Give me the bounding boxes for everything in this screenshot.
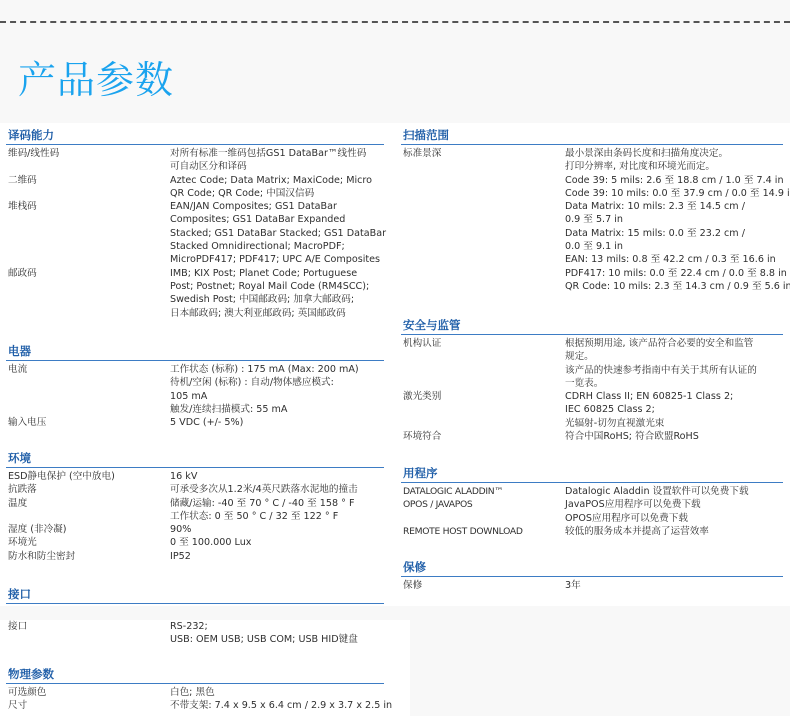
spec-value-line: 可承受多次从1.2米/4英尺跌落水泥地的撞击	[170, 483, 384, 496]
spec-value: 根据预期用途, 该产品符合必要的安全和监管规定。该产品的快速参考指南中有关于其所…	[565, 337, 783, 390]
spec-value-line: RS-232;	[170, 620, 384, 633]
section-warranty: 保修保修3年	[401, 560, 783, 592]
page-header: 产品参数	[0, 0, 790, 123]
spec-value: 0 至 100.000 Lux	[170, 536, 384, 549]
spec-value-line: 最小景深由条码长度和扫描角度决定。	[565, 147, 790, 160]
spec-value: Aztec Code; Data Matrix; MaxiCode; Micro…	[170, 174, 384, 201]
spec-value-line: 5 VDC (+/- 5%)	[170, 416, 384, 429]
spec-value-line: 0.9 至 5.7 in	[565, 213, 790, 226]
spec-value-line: 105 mA	[170, 390, 384, 403]
spec-row: REMOTE HOST DOWNLOAD较低的服务成本并提高了运营效率	[401, 525, 783, 538]
spec-value-line: 日本邮政码; 澳大利亚邮政码; 英国邮政码	[170, 307, 384, 320]
spec-value-line: IEC 60825 Class 2;	[565, 403, 783, 416]
spec-value-line: 该产品的快速参考指南中有关于其所有认证的	[565, 364, 783, 377]
spec-value-line: MicroPDF417; PDF417; UPC A/E Composites	[170, 253, 386, 266]
spec-value: 3年	[565, 579, 783, 592]
section-physical: 物理参数可选颜色白色; 黑色尺寸不带支架: 7.4 x 9.5 x 6.4 cm…	[6, 667, 384, 713]
spec-value-line: CDRH Class II; EN 60825-1 Class 2;	[565, 390, 783, 403]
spec-label: 维码/线性码	[6, 147, 170, 174]
spec-value-line: 可自动区分和译码	[170, 160, 384, 173]
spec-value-line: 3年	[565, 579, 783, 592]
spec-value-line: QR Code: 10 mils: 2.3 至 14.3 cm / 0.9 至 …	[565, 280, 790, 293]
spec-value: 储藏/运输: -40 至 70 ° C / -40 至 158 ° F工作状态:…	[170, 497, 384, 524]
spec-label: REMOTE HOST DOWNLOAD	[401, 525, 565, 538]
page-title: 产品参数	[18, 58, 174, 102]
spec-value: 可承受多次从1.2米/4英尺跌落水泥地的撞击	[170, 483, 384, 496]
spec-value: RS-232;USB: OEM USB; USB COM; USB HID键盘	[170, 620, 384, 647]
spec-value-line: EAN/JAN Composites; GS1 DataBar	[170, 200, 386, 213]
spec-value-line: 不带支架: 7.4 x 9.5 x 6.4 cm / 2.9 x 3.7 x 2…	[170, 699, 392, 712]
spec-value-line: Data Matrix: 10 mils: 2.3 至 14.5 cm /	[565, 200, 790, 213]
spec-value: 对所有标准一维码包括GS1 DataBar™线性码可自动区分和译码	[170, 147, 384, 174]
spec-value-line: Post; Postnet; Royal Mail Code (RM4SCC);	[170, 280, 384, 293]
spec-row: DATALOGIC ALADDIN™Datalogic Aladdin 设置软件…	[401, 485, 783, 498]
spec-value: 90%	[170, 523, 384, 536]
spec-label: 电流	[6, 363, 170, 416]
spec-value: 5 VDC (+/- 5%)	[170, 416, 384, 429]
spec-value: 白色; 黑色	[170, 686, 384, 699]
section-title: 接口	[6, 587, 384, 604]
spec-value-line: EAN: 13 mils: 0.8 至 42.2 cm / 0.3 至 16.6…	[565, 253, 790, 266]
spec-label: 湿度 (非冷凝)	[6, 523, 170, 536]
spec-label: 机构认证	[401, 337, 565, 390]
spec-row: 二维码Aztec Code; Data Matrix; MaxiCode; Mi…	[6, 174, 384, 201]
section-title: 保修	[401, 560, 783, 577]
spec-rows: 接口RS-232;USB: OEM USB; USB COM; USB HID键…	[6, 604, 384, 647]
section-scan-range: 扫描范围标准景深最小景深由条码长度和扫描角度决定。打印分辨率, 对比度和环境光而…	[401, 128, 783, 293]
spec-label: 邮政码	[6, 267, 170, 320]
spec-value-line: Aztec Code; Data Matrix; MaxiCode; Micro	[170, 174, 384, 187]
spec-row: 抗跌落可承受多次从1.2米/4英尺跌落水泥地的撞击	[6, 483, 384, 496]
spec-row: 环境符合符合中国RoHS; 符合欧盟RoHS	[401, 430, 783, 443]
spec-label: 环境光	[6, 536, 170, 549]
spec-value: IP52	[170, 550, 384, 563]
spec-rows: 可选颜色白色; 黑色尺寸不带支架: 7.4 x 9.5 x 6.4 cm / 2…	[6, 684, 384, 713]
section-safety: 安全与监管机构认证根据预期用途, 该产品符合必要的安全和监管规定。该产品的快速参…	[401, 318, 783, 443]
spec-value: IMB; KIX Post; Planet Code; PortuguesePo…	[170, 267, 384, 320]
spec-value-line: 16 kV	[170, 470, 384, 483]
spec-rows: 维码/线性码对所有标准一维码包括GS1 DataBar™线性码可自动区分和译码二…	[6, 145, 384, 320]
section-title: 扫描范围	[401, 128, 783, 145]
spec-value: 工作状态 (标称) : 175 mA (Max: 200 mA)待机/空闲 (标…	[170, 363, 384, 416]
spec-value-line: QR Code; QR Code; 中国汉信码	[170, 187, 384, 200]
spec-value: CDRH Class II; EN 60825-1 Class 2;IEC 60…	[565, 390, 783, 430]
spec-value-line: 0 至 100.000 Lux	[170, 536, 384, 549]
spec-rows: 电流工作状态 (标称) : 175 mA (Max: 200 mA)待机/空闲 …	[6, 361, 384, 429]
spec-value-line: 待机/空闲 (标称) : 自动/物体感应模式:	[170, 376, 384, 389]
spec-value-line: Stacked Omnidirectional; MacroPDF;	[170, 240, 386, 253]
spec-label: 激光类别	[401, 390, 565, 430]
spec-rows: ESD静电保护 (空中放电)16 kV抗跌落可承受多次从1.2米/4英尺跌落水泥…	[6, 468, 384, 563]
spec-value-line: PDF417: 10 mils: 0.0 至 22.4 cm / 0.0 至 8…	[565, 267, 790, 280]
spec-rows: 机构认证根据预期用途, 该产品符合必要的安全和监管规定。该产品的快速参考指南中有…	[401, 335, 783, 443]
spec-value-line: Code 39: 10 mils: 0.0 至 37.9 cm / 0.0 至 …	[565, 187, 790, 200]
spec-value-line: 符合中国RoHS; 符合欧盟RoHS	[565, 430, 783, 443]
spec-value-line: OPOS应用程序可以免费下载	[565, 512, 783, 525]
spec-row: 机构认证根据预期用途, 该产品符合必要的安全和监管规定。该产品的快速参考指南中有…	[401, 337, 783, 390]
spec-label: OPOS / JAVAPOS	[401, 498, 565, 525]
spec-row: 邮政码IMB; KIX Post; Planet Code; Portugues…	[6, 267, 384, 320]
spec-value-line: 对所有标准一维码包括GS1 DataBar™线性码	[170, 147, 384, 160]
spec-row: 标准景深最小景深由条码长度和扫描角度决定。打印分辨率, 对比度和环境光而定。Co…	[401, 147, 783, 293]
spec-value-line: 白色; 黑色	[170, 686, 384, 699]
spec-row: 保修3年	[401, 579, 783, 592]
spec-value-line: IP52	[170, 550, 384, 563]
spec-rows: 保修3年	[401, 577, 783, 592]
spec-value-line: Code 39: 5 mils: 2.6 至 18.8 cm / 1.0 至 7…	[565, 174, 790, 187]
section-environment: 环境ESD静电保护 (空中放电)16 kV抗跌落可承受多次从1.2米/4英尺跌落…	[6, 451, 384, 563]
spec-rows: DATALOGIC ALADDIN™Datalogic Aladdin 设置软件…	[401, 483, 783, 538]
spec-value: JavaPOS应用程序可以免费下载OPOS应用程序可以免费下载	[565, 498, 783, 525]
spec-value: 符合中国RoHS; 符合欧盟RoHS	[565, 430, 783, 443]
spec-value-line: 根据预期用途, 该产品符合必要的安全和监管	[565, 337, 783, 350]
spec-value-line: 打印分辨率, 对比度和环境光而定。	[565, 160, 790, 173]
spec-row: 接口RS-232;USB: OEM USB; USB COM; USB HID键…	[6, 620, 384, 647]
spec-value-line: 一览表。	[565, 377, 783, 390]
spec-label: 防水和防尘密封	[6, 550, 170, 563]
spec-value-line: Stacked; GS1 DataBar Stacked; GS1 DataBa…	[170, 227, 386, 240]
spec-label: 堆栈码	[6, 200, 170, 266]
spec-value: 最小景深由条码长度和扫描角度决定。打印分辨率, 对比度和环境光而定。Code 3…	[565, 147, 790, 293]
spec-value: 较低的服务成本并提高了运营效率	[565, 525, 783, 538]
section-interface: 接口接口RS-232;USB: OEM USB; USB COM; USB HI…	[6, 587, 384, 647]
spec-value-line: Datalogic Aladdin 设置软件可以免费下载	[565, 485, 783, 498]
spec-row: 维码/线性码对所有标准一维码包括GS1 DataBar™线性码可自动区分和译码	[6, 147, 384, 174]
spec-value-line: Composites; GS1 DataBar Expanded	[170, 213, 386, 226]
spec-label: 接口	[6, 620, 170, 647]
spec-value-line: IMB; KIX Post; Planet Code; Portuguese	[170, 267, 384, 280]
spec-value-line: 光辐射-切勿直视激光束	[565, 417, 783, 430]
section-title: 用程序	[401, 466, 783, 483]
spec-label: 温度	[6, 497, 170, 524]
spec-value-line: 触发/连续扫描模式: 55 mA	[170, 403, 384, 416]
spec-row: 尺寸不带支架: 7.4 x 9.5 x 6.4 cm / 2.9 x 3.7 x…	[6, 699, 384, 712]
spec-value-line: Data Matrix: 15 mils: 0.0 至 23.2 cm /	[565, 227, 790, 240]
spec-value-line: 储藏/运输: -40 至 70 ° C / -40 至 158 ° F	[170, 497, 384, 510]
dashed-divider	[0, 21, 790, 23]
spec-row: 环境光0 至 100.000 Lux	[6, 536, 384, 549]
spec-row: 输入电压5 VDC (+/- 5%)	[6, 416, 384, 429]
section-title: 电器	[6, 344, 384, 361]
spec-row: 可选颜色白色; 黑色	[6, 686, 384, 699]
section-title: 物理参数	[6, 667, 384, 684]
spec-label: 保修	[401, 579, 565, 592]
spec-value-line: 90%	[170, 523, 384, 536]
section-electrical: 电器电流工作状态 (标称) : 175 mA (Max: 200 mA)待机/空…	[6, 344, 384, 429]
spec-value-line: 规定。	[565, 350, 783, 363]
spec-value-line: 工作状态 (标称) : 175 mA (Max: 200 mA)	[170, 363, 384, 376]
spec-label: 二维码	[6, 174, 170, 201]
spec-row: 湿度 (非冷凝)90%	[6, 523, 384, 536]
spec-value-line: 工作状态: 0 至 50 ° C / 32 至 122 ° F	[170, 510, 384, 523]
spec-row: 堆栈码EAN/JAN Composites; GS1 DataBarCompos…	[6, 200, 384, 266]
spec-label: 输入电压	[6, 416, 170, 429]
spec-label: 抗跌落	[6, 483, 170, 496]
spec-value-line: JavaPOS应用程序可以免费下载	[565, 498, 783, 511]
spec-value-line: USB: OEM USB; USB COM; USB HID键盘	[170, 633, 384, 646]
section-title: 环境	[6, 451, 384, 468]
spec-row: ESD静电保护 (空中放电)16 kV	[6, 470, 384, 483]
spec-row: 激光类别CDRH Class II; EN 60825-1 Class 2;IE…	[401, 390, 783, 430]
spec-value: EAN/JAN Composites; GS1 DataBarComposite…	[170, 200, 386, 266]
spec-value: 16 kV	[170, 470, 384, 483]
section-title: 安全与监管	[401, 318, 783, 335]
spec-row: 防水和防尘密封IP52	[6, 550, 384, 563]
spec-label: 环境符合	[401, 430, 565, 443]
section-title: 译码能力	[6, 128, 384, 145]
spec-label: DATALOGIC ALADDIN™	[401, 485, 565, 498]
section-decoding: 译码能力维码/线性码对所有标准一维码包括GS1 DataBar™线性码可自动区分…	[6, 128, 384, 320]
spec-value: 不带支架: 7.4 x 9.5 x 6.4 cm / 2.9 x 3.7 x 2…	[170, 699, 392, 712]
spec-row: 温度储藏/运输: -40 至 70 ° C / -40 至 158 ° F工作状…	[6, 497, 384, 524]
spec-row: OPOS / JAVAPOSJavaPOS应用程序可以免费下载OPOS应用程序可…	[401, 498, 783, 525]
spec-row: 电流工作状态 (标称) : 175 mA (Max: 200 mA)待机/空闲 …	[6, 363, 384, 416]
spec-label: 尺寸	[6, 699, 170, 712]
spec-value-line: 较低的服务成本并提高了运营效率	[565, 525, 783, 538]
spec-label: 标准景深	[401, 147, 565, 293]
spec-value: Datalogic Aladdin 设置软件可以免费下载	[565, 485, 783, 498]
section-software: 用程序DATALOGIC ALADDIN™Datalogic Aladdin 设…	[401, 466, 783, 538]
spec-label: ESD静电保护 (空中放电)	[6, 470, 170, 483]
spec-value-line: 0.0 至 9.1 in	[565, 240, 790, 253]
spec-value-line: Swedish Post; 中国邮政码; 加拿大邮政码;	[170, 293, 384, 306]
spec-label: 可选颜色	[6, 686, 170, 699]
spec-rows: 标准景深最小景深由条码长度和扫描角度决定。打印分辨率, 对比度和环境光而定。Co…	[401, 145, 783, 293]
